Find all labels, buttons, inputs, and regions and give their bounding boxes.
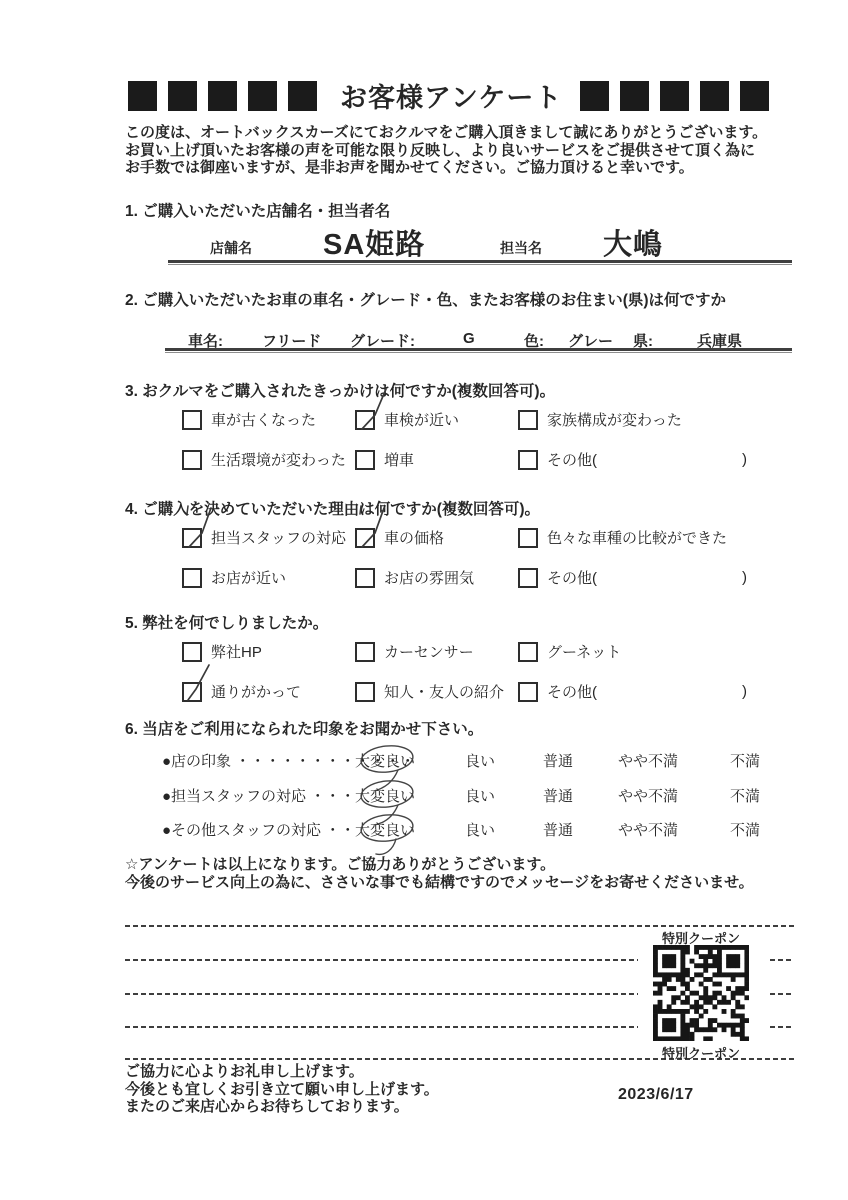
- q6-row-other-staff-label: ●その他スタッフの対応 ・・: [162, 819, 355, 840]
- option-label: 知人・友人の紹介: [384, 681, 504, 702]
- option-label: 車検が近い: [384, 409, 459, 430]
- survey-date: 2023/6/17: [618, 1086, 694, 1104]
- message-line: [125, 1026, 638, 1028]
- checkbox-icon: [518, 568, 538, 588]
- option-label: 車が古くなった: [211, 409, 316, 430]
- checkbox-icon: [182, 528, 202, 548]
- checkbox-icon: [518, 528, 538, 548]
- q6-scale-normal: 普通: [543, 819, 573, 840]
- rating-circle-marks: [342, 740, 462, 865]
- q6-heading: 6. 当店をご利用になられた印象をお聞かせ下さい。: [125, 717, 483, 739]
- option-label: お店の雰囲気: [384, 567, 474, 588]
- intro-line: お買い上げ頂いたお客様の声を可能な限り反映し、より良いサービスをご提供させて頂く…: [125, 142, 767, 160]
- checkbox-icon: [518, 450, 538, 470]
- checkbox-icon: [355, 528, 375, 548]
- q1-heading: 1. ご購入いただいた店舗名・担当者名: [125, 199, 390, 221]
- q3-option-lifestyle-changed: 生活環境が変わった: [182, 449, 346, 470]
- message-line: [125, 993, 638, 995]
- checkbox-icon: [355, 568, 375, 588]
- footer-line: またのご来店心からお待ちしております。: [125, 1098, 439, 1116]
- q4-option-shop-atmosphere: お店の雰囲気: [355, 567, 474, 588]
- black-square-icon: [660, 81, 689, 111]
- q6-scale-dissatisfied: 不満: [730, 819, 760, 840]
- q4-option-other: その他(: [518, 567, 597, 588]
- q3-option-additional-car: 増車: [355, 449, 414, 470]
- option-label: その他(: [547, 567, 597, 588]
- message-line: [125, 959, 638, 961]
- q5-option-goonet: グーネット: [518, 641, 621, 662]
- q6-scale-dissatisfied: 不満: [730, 750, 760, 771]
- closing-line: 今後のサービス向上の為に、ささいな事でも結構ですのでメッセージをお寄せくださいま…: [125, 874, 754, 892]
- closing-paragraph: ☆アンケートは以上になります。ご協力ありがとうございます。 今後のサービス向上の…: [125, 856, 754, 891]
- checkbox-icon: [355, 450, 375, 470]
- q4-option-staff-response: 担当スタッフの対応: [182, 527, 346, 548]
- q5-option-friend-referral: 知人・友人の紹介: [355, 681, 504, 702]
- q3-other-close-paren: ): [742, 451, 747, 468]
- q6-scale-good: 良い: [465, 785, 495, 806]
- q3-option-family-changed: 家族構成が変わった: [518, 409, 682, 430]
- checkbox-icon: [518, 682, 538, 702]
- q6-scale-normal: 普通: [543, 750, 573, 771]
- q6-scale-somewhat-dissatisfied: やや不満: [618, 819, 678, 840]
- survey-sheet: お客様アンケート この度は、オートバックスカーズにておクルマをご購入頂きまして誠…: [0, 0, 848, 1200]
- header-squares-left: [128, 81, 317, 111]
- q1-store-label: 店舗名: [210, 238, 252, 258]
- checkbox-icon: [518, 642, 538, 662]
- option-label: 生活環境が変わった: [211, 449, 346, 470]
- option-label: その他(: [547, 681, 597, 702]
- checkbox-icon: [182, 682, 202, 702]
- black-square-icon: [248, 81, 277, 111]
- q6-scale-somewhat-dissatisfied: やや不満: [618, 750, 678, 771]
- coupon-label-bottom: 特別クーポン: [653, 1043, 749, 1062]
- q6-scale-normal: 普通: [543, 785, 573, 806]
- option-label: 車の価格: [384, 527, 444, 548]
- message-line-stub: [770, 993, 794, 995]
- divider-double-rule: [165, 348, 792, 353]
- black-square-icon: [700, 81, 729, 111]
- q5-option-carsensor: カーセンサー: [355, 641, 474, 662]
- q4-other-close-paren: ): [742, 569, 747, 586]
- option-label: 担当スタッフの対応: [211, 527, 346, 548]
- message-line-stub: [770, 1026, 794, 1028]
- option-label: その他(: [547, 449, 597, 470]
- q5-other-close-paren: ): [742, 683, 747, 700]
- intro-paragraph: この度は、オートバックスカーズにておクルマをご購入頂きまして誠にありがとうござい…: [125, 124, 767, 177]
- black-square-icon: [620, 81, 649, 111]
- q2-grade-value: G: [463, 330, 475, 347]
- black-square-icon: [580, 81, 609, 111]
- option-label: 弊社HP: [211, 641, 262, 662]
- checkbox-icon: [518, 410, 538, 430]
- q6-row-staff-response-label: ●担当スタッフの対応 ・・・: [162, 785, 355, 806]
- black-square-icon: [208, 81, 237, 111]
- footer-line: 今後とも宜しくお引き立て願い申し上げます。: [125, 1081, 439, 1099]
- checkbox-icon: [355, 682, 375, 702]
- intro-line: この度は、オートバックスカーズにておクルマをご購入頂きまして誠にありがとうござい…: [125, 124, 767, 142]
- q4-option-car-price: 車の価格: [355, 527, 444, 548]
- q6-scale-good: 良い: [465, 819, 495, 840]
- qr-code: [653, 945, 749, 1041]
- option-label: グーネット: [547, 641, 621, 662]
- q6-scale-somewhat-dissatisfied: やや不満: [618, 785, 678, 806]
- message-line-stub: [770, 959, 794, 961]
- header-squares-right: [580, 81, 769, 111]
- q3-option-other: その他(: [518, 449, 597, 470]
- black-square-icon: [168, 81, 197, 111]
- q5-option-passing-by: 通りがかって: [182, 681, 301, 702]
- option-label: 色々な車種の比較ができた: [547, 527, 727, 548]
- black-square-icon: [128, 81, 157, 111]
- footer-line: ご協力に心よりお礼申し上げます。: [125, 1063, 439, 1081]
- q4-option-compare-models: 色々な車種の比較ができた: [518, 527, 727, 548]
- q6-scale-good: 良い: [465, 750, 495, 771]
- q3-heading: 3. おクルマをご購入されたきっかけは何ですか(複数回答可)。: [125, 379, 555, 401]
- message-line: [125, 925, 795, 927]
- intro-line: お手数では御座いますが、是非お声を聞かせてください。ご協力頂けると幸いです。: [125, 159, 767, 177]
- closing-line: ☆アンケートは以上になります。ご協力ありがとうございます。: [125, 856, 754, 874]
- q1-staff-value: 大嶋: [603, 222, 663, 263]
- checkbox-icon: [355, 642, 375, 662]
- checkbox-icon: [182, 410, 202, 430]
- option-label: 通りがかって: [211, 681, 301, 702]
- q2-heading: 2. ご購入いただいたお車の車名・グレード・色、またお客様のお住まい(県)は何で…: [125, 288, 726, 310]
- q4-option-shop-near: お店が近い: [182, 567, 286, 588]
- checkbox-icon: [182, 450, 202, 470]
- black-square-icon: [288, 81, 317, 111]
- q3-option-inspection-near: 車検が近い: [355, 409, 459, 430]
- q3-option-car-got-old: 車が古くなった: [182, 409, 316, 430]
- q5-option-other: その他(: [518, 681, 597, 702]
- q1-store-value: SA姫路: [323, 222, 425, 263]
- black-square-icon: [740, 81, 769, 111]
- option-label: カーセンサー: [384, 641, 474, 662]
- q6-scale-dissatisfied: 不満: [730, 785, 760, 806]
- q5-heading: 5. 弊社を何でしりましたか。: [125, 611, 328, 633]
- checkbox-icon: [182, 568, 202, 588]
- q1-staff-label: 担当名: [500, 238, 542, 258]
- divider-double-rule: [168, 260, 792, 265]
- option-label: お店が近い: [211, 567, 286, 588]
- footer-paragraph: ご協力に心よりお礼申し上げます。 今後とも宜しくお引き立て願い申し上げます。 ま…: [125, 1063, 439, 1116]
- option-label: 家族構成が変わった: [547, 409, 682, 430]
- page-title: お客様アンケート: [340, 76, 562, 115]
- checkbox-icon: [355, 410, 375, 430]
- option-label: 増車: [384, 449, 414, 470]
